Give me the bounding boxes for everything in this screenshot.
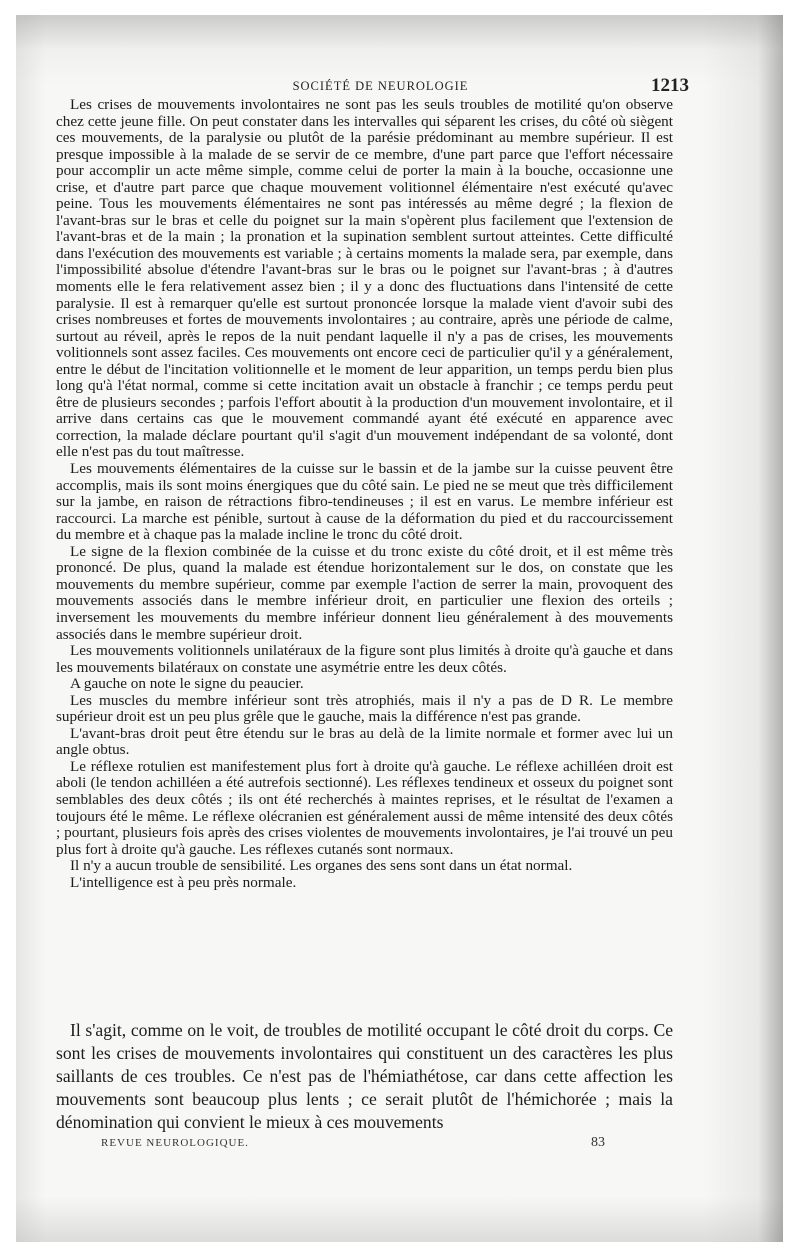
paragraph-facial-movements: Les mouvements volitionnels unilatéraux … — [56, 643, 673, 676]
paragraph-combined-flexion: Le signe de la flexion combinée de la cu… — [56, 544, 673, 643]
paragraph-atrophy: Les muscles du membre inférieur sont trè… — [56, 693, 673, 726]
paragraph-sensibility: Il n'y a aucun trouble de sensibilité. L… — [56, 858, 673, 875]
paragraph-forearm: L'avant-bras droit peut être étendu sur … — [56, 726, 673, 759]
paragraph-discussion: Il s'agit, comme on le voit, de troubles… — [56, 1019, 673, 1134]
case-report-text: Les crises de mouvements involontaires n… — [56, 97, 673, 891]
paragraph-intelligence: L'intelligence est à peu près normale. — [56, 875, 673, 892]
paragraph-peaucier: A gauche on note le signe du peaucier. — [56, 676, 673, 693]
footer-signature-number: 83 — [591, 1135, 605, 1151]
paragraph-motility: Les crises de mouvements involontaires n… — [56, 97, 673, 461]
footer-journal-name: REVUE NEUROLOGIQUE. — [101, 1137, 249, 1149]
page-number: 1213 — [651, 75, 689, 97]
page-footer: REVUE NEUROLOGIQUE. 83 — [56, 1137, 673, 1157]
paragraph-lower-limb: Les mouvements élémentaires de la cuisse… — [56, 461, 673, 544]
discussion-text: Il s'agit, comme on le voit, de troubles… — [56, 1019, 673, 1134]
running-title: SOCIÉTÉ DE NEUROLOGIE — [72, 79, 689, 94]
paragraph-reflexes: Le réflexe rotulien est manifestement pl… — [56, 759, 673, 858]
